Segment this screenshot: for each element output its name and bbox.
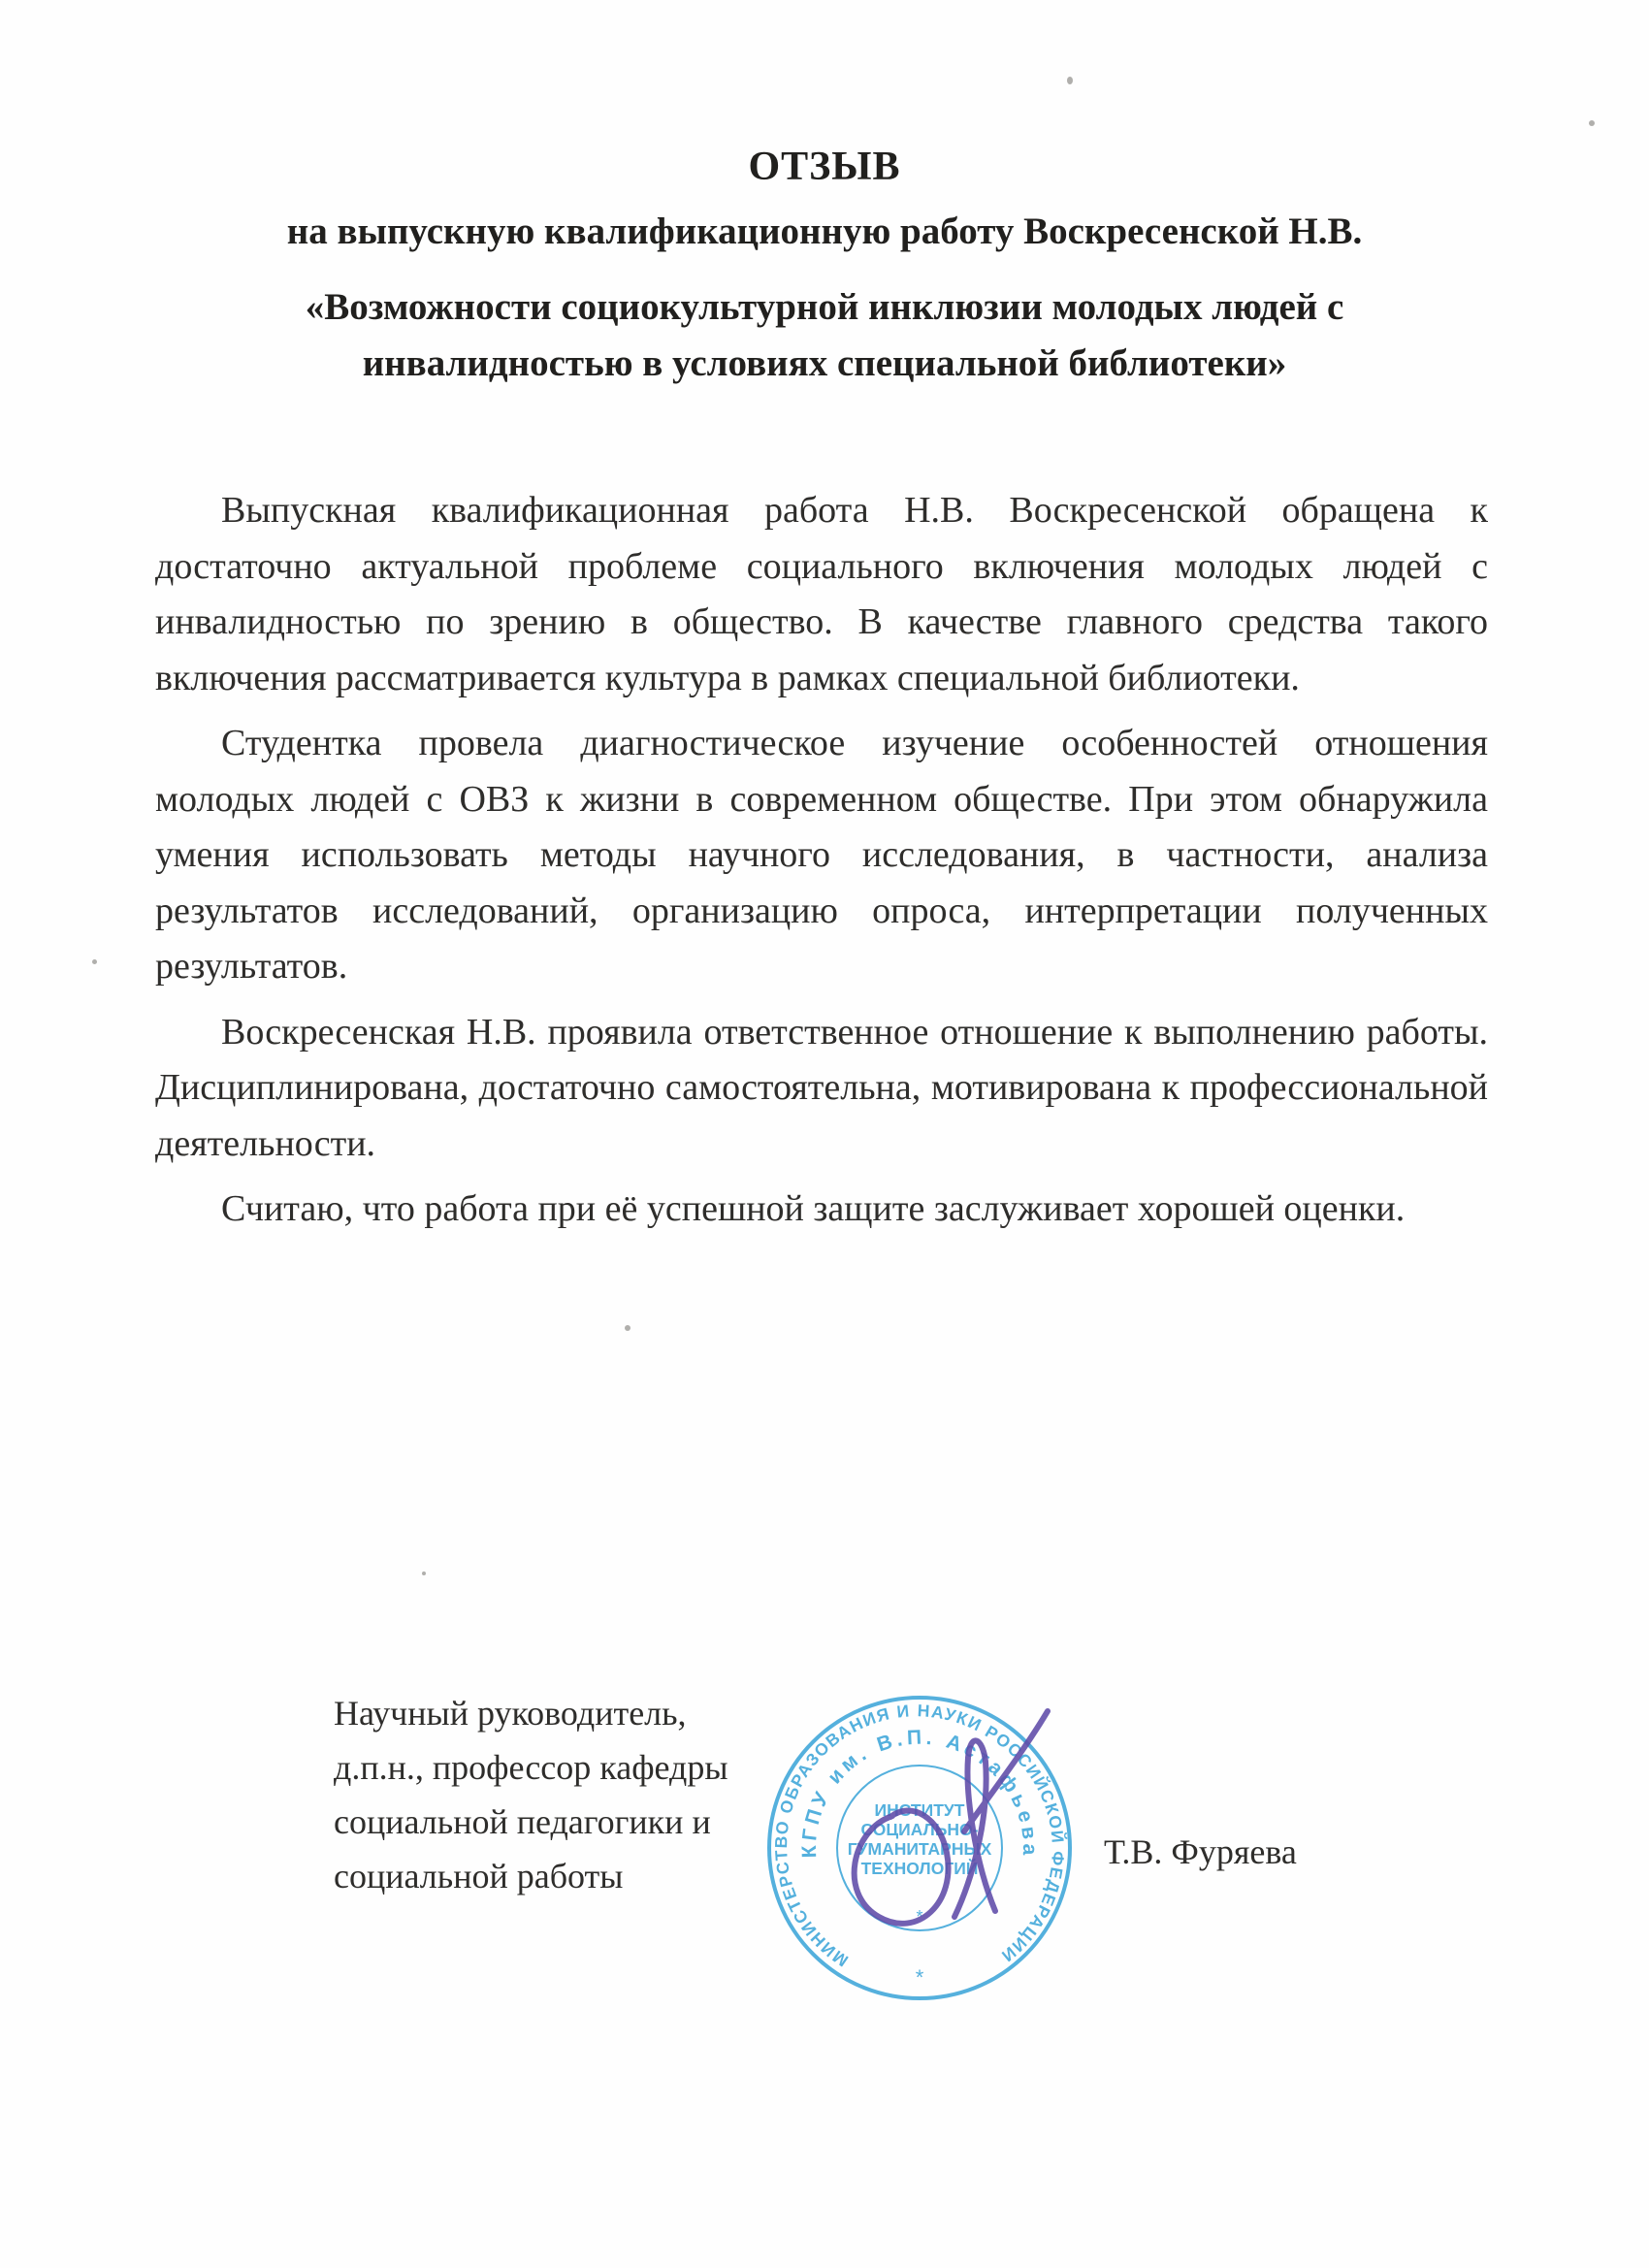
svg-text:ГУМАНИТАРНЫХ: ГУМАНИТАРНЫХ (848, 1839, 992, 1859)
scan-artifact (422, 1571, 426, 1575)
scan-artifact (1067, 77, 1073, 84)
paragraph: Считаю, что работа при её успешной защит… (155, 1182, 1488, 1238)
work-title-line2: инвалидностью в условиях специальной биб… (363, 342, 1287, 384)
signer-name: Т.В. Фуряева (1104, 1831, 1297, 1872)
stamp-outer-star: * (916, 1965, 924, 1990)
document-subtitle: на выпускную квалификационную работу Вос… (155, 210, 1494, 253)
document-body: Выпускная квалификационная работа Н.В. В… (155, 483, 1488, 1247)
paragraph: Воскресенская Н.В. проявила ответственно… (155, 1005, 1488, 1173)
scan-artifact (1589, 120, 1595, 126)
work-title-line1: «Возможности социокультурной инклюзии мо… (306, 286, 1344, 328)
stamp-graphic: МИНИСТЕРСТВО ОБРАЗОВАНИЯ И НАУКИ РОССИЙС… (747, 1669, 1096, 2018)
scan-artifact (92, 959, 97, 964)
paragraph: Выпускная квалификационная работа Н.В. В… (155, 483, 1488, 706)
official-stamp: МИНИСТЕРСТВО ОБРАЗОВАНИЯ И НАУКИ РОССИЙС… (747, 1669, 1096, 2018)
paragraph: Студентка провела диагностическое изучен… (155, 716, 1488, 995)
work-title: «Возможности социокультурной инклюзии мо… (252, 279, 1397, 392)
scan-artifact (625, 1325, 630, 1331)
svg-text:ТЕХНОЛОГИЙ: ТЕХНОЛОГИЙ (861, 1858, 979, 1878)
document-title: ОТЗЫВ (155, 144, 1494, 190)
scanned-review-document: ОТЗЫВ на выпускную квалификационную рабо… (0, 0, 1649, 2268)
